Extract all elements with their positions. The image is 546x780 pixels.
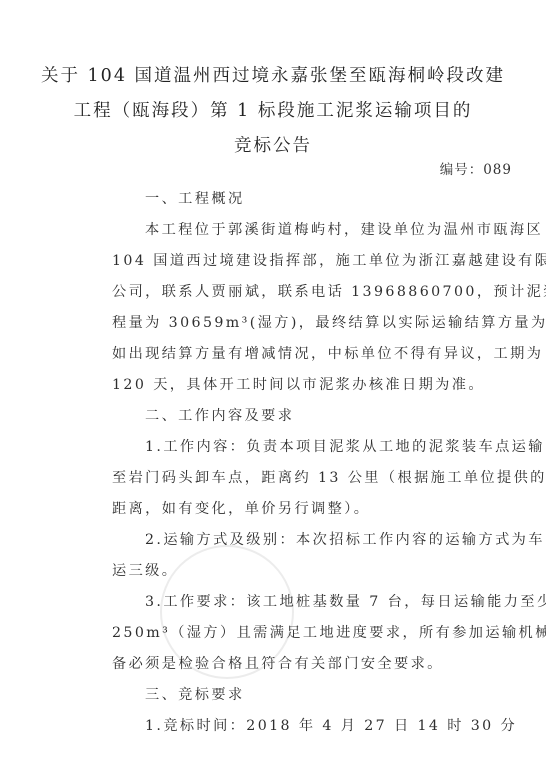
paragraph-line: 3.工作要求：该工地桩基数量 7 台，每日运输能力至少	[145, 591, 546, 611]
paragraph-line: 程量为 30659m³(湿方)，最终结算以实际运输结算方量为准，	[112, 312, 546, 332]
paragraph-line: 2.运输方式及级别：本次招标工作内容的运输方式为车	[145, 529, 545, 549]
document-page: 关于 104 国道温州西过境永嘉张堡至瓯海桐岭段改建 工程（瓯海段）第 1 标段…	[0, 0, 546, 780]
paragraph-line: 备必须是检验合格且符合有关部门安全要求。	[112, 653, 444, 673]
document-number: 编号：089	[440, 158, 512, 178]
section-heading-bid-requirements: 三、竞标要求	[145, 684, 245, 704]
section-heading-work-content: 二、工作内容及要求	[145, 405, 294, 425]
paragraph-line: 如出现结算方量有增减情况，中标单位不得有异议，工期为	[112, 343, 543, 363]
paragraph-line: 距离，如有变化，单价另行调整）。	[112, 498, 370, 518]
paragraph-line: 至岩门码头卸车点，距离约 13 公里（根据施工单位提供的	[112, 467, 546, 487]
section-heading-overview: 一、工程概况	[145, 188, 245, 208]
paragraph-line: 公司，联系人贾丽斌，联系电话 13968860700，预计泥浆工	[112, 281, 546, 301]
title-line-2: 工程（瓯海段）第 1 标段施工泥浆运输项目的	[0, 97, 546, 122]
title-line-3: 竞标公告	[0, 132, 546, 157]
paragraph-line: 120 天，具体开工时间以市泥浆办核准日期为准。	[112, 374, 485, 394]
paragraph-line: 1.工作内容：负责本项目泥浆从工地的泥浆装车点运输	[145, 436, 545, 456]
paragraph-line: 运三级。	[112, 560, 178, 580]
paragraph-line: 本工程位于郭溪街道梅屿村，建设单位为温州市瓯海区	[145, 219, 543, 239]
paragraph-line: 250m³（湿方）且需满足工地进度要求，所有参加运输机械设	[112, 622, 546, 642]
title-line-1: 关于 104 国道温州西过境永嘉张堡至瓯海桐岭段改建	[0, 62, 546, 87]
paragraph-line: 1.竞标时间：2018 年 4 月 27 日 14 时 30 分	[145, 715, 517, 735]
paragraph-line: 104 国道西过境建设指挥部，施工单位为浙江嘉越建设有限	[112, 250, 546, 270]
